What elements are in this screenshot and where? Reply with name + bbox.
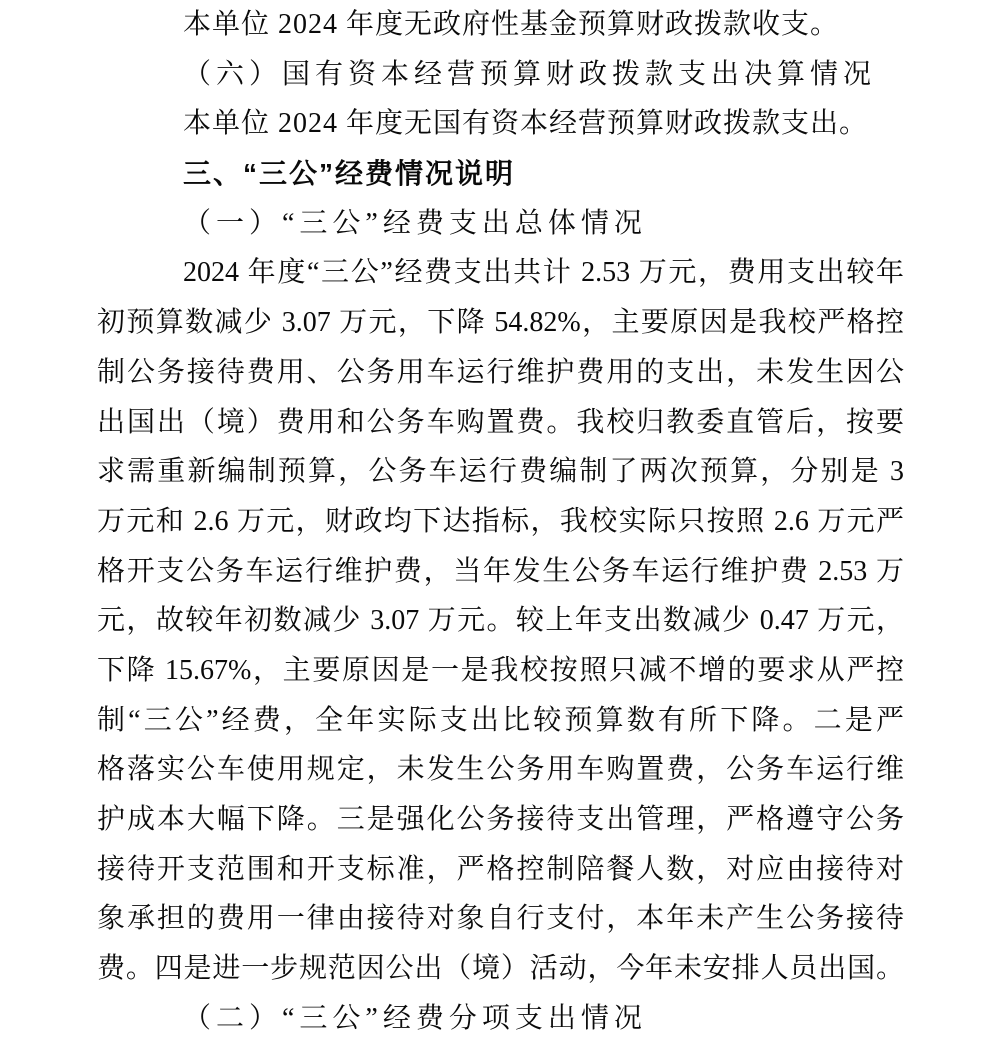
body-line: 出国出（境）费用和公务车购置费。我校归教委直管后，按要 <box>97 398 904 448</box>
body-line: 初预算数减少 3.07 万元，下降 54.82%，主要原因是我校严格控 <box>97 298 904 348</box>
body-line: 护成本大幅下降。三是强化公务接待支出管理，严格遵守公务 <box>97 795 904 845</box>
body-line: 格开支公务车运行维护费，当年发生公务车运行维护费 2.53 万 <box>97 547 904 597</box>
section-subheading: （六）国有资本经营预算财政拨款支出决算情况说明 <box>97 50 904 100</box>
body-line: 万元和 2.6 万元，财政均下达指标，我校实际只按照 2.6 万元严 <box>97 497 904 547</box>
body-line: 2024 年度“三公”经费支出共计 2.53 万元，费用支出较年 <box>97 248 904 298</box>
body-line: 接待开支范围和开支标准，严格控制陪餐人数，对应由接待对 <box>97 845 904 895</box>
body-line: 本单位 2024 年度无国有资本经营预算财政拨款支出。 <box>97 99 904 149</box>
body-line: 求需重新编制预算，公务车运行费编制了两次预算，分别是 3 <box>97 447 904 497</box>
body-line: 下降 15.67%，主要原因是一是我校按照只减不增的要求从严控 <box>97 646 904 696</box>
document-page: 本单位 2024 年度无政府性基金预算财政拨款收支。 （六）国有资本经营预算财政… <box>0 0 1000 1043</box>
body-line: 制“三公”经费，全年实际支出比较预算数有所下降。二是严 <box>97 696 904 746</box>
body-line: 格落实公车使用规定，未发生公务用车购置费，公务车运行维 <box>97 745 904 795</box>
section-subheading: （二）“三公”经费分项支出情况 <box>97 994 904 1043</box>
section-heading: 三、“三公”经费情况说明 <box>97 149 904 199</box>
body-line: 元，故较年初数减少 3.07 万元。较上年支出数减少 0.47 万元， <box>97 596 904 646</box>
body-line: 本单位 2024 年度无政府性基金预算财政拨款收支。 <box>97 0 904 50</box>
section-subheading: （一）“三公”经费支出总体情况 <box>97 199 904 249</box>
body-line: 制公务接待费用、公务用车运行维护费用的支出，未发生因公 <box>97 348 904 398</box>
body-line: 象承担的费用一律由接待对象自行支付，本年未产生公务接待 <box>97 894 904 944</box>
body-line: 费。四是进一步规范因公出（境）活动，今年未安排人员出国。 <box>97 944 904 994</box>
